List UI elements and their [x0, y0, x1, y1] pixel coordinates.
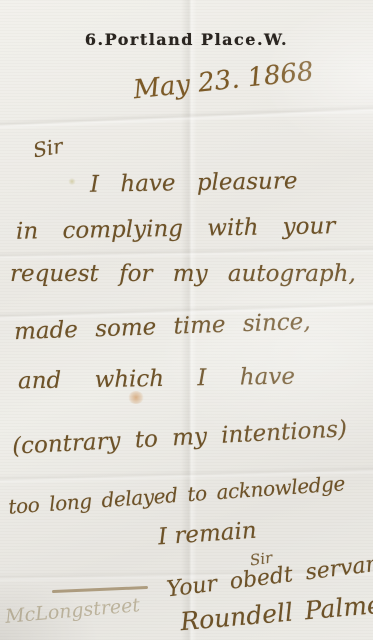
body-line: I remain: [157, 518, 257, 551]
pencil-docket: McLongstreet: [4, 594, 141, 628]
body-line: in complying with your: [16, 213, 336, 245]
paper-speck: [68, 178, 76, 185]
ink-stain: [128, 391, 144, 404]
printed-letterhead: 6.Portland Place.W.: [0, 30, 373, 49]
body-line: and which I have: [18, 364, 295, 395]
closing-dash-stroke: [52, 586, 148, 593]
date-line: May 23. 1868: [132, 57, 315, 106]
body-line: request for my autograph,: [10, 261, 356, 287]
letter-page: 6.Portland Place.W. May 23. 1868 Sir I h…: [0, 0, 373, 640]
body-line: (contrary to my intentions): [12, 416, 348, 460]
salutation: Sir: [31, 134, 64, 163]
horizontal-crease: [0, 103, 373, 130]
body-line: I have pleasure: [90, 168, 298, 198]
body-line: made some time since,: [14, 309, 311, 345]
body-line: too long delayed to acknowledge: [8, 471, 346, 518]
horizontal-crease: [0, 245, 373, 262]
